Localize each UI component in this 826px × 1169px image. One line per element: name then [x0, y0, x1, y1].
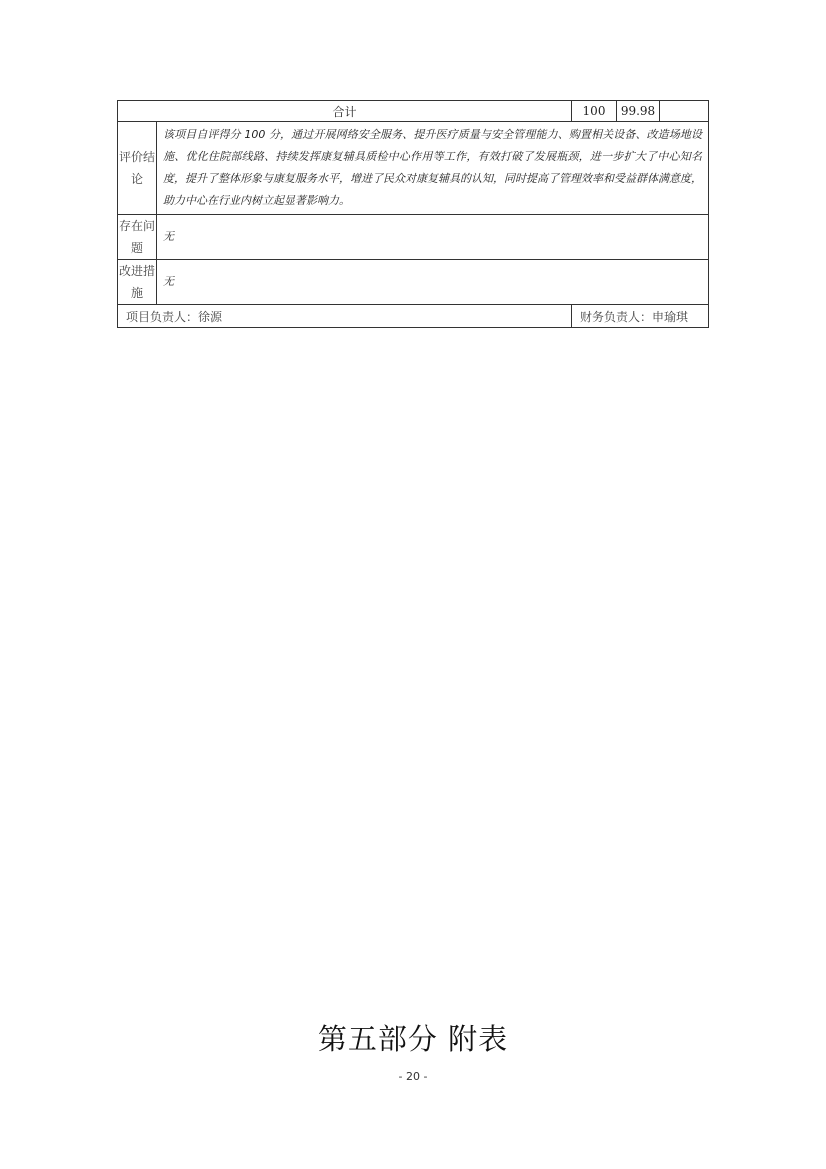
measures-row: 改进措施 无: [118, 260, 709, 305]
conclusion-label: 评价结论: [118, 122, 157, 215]
conclusion-text: 该项目自评得分 100 分，通过开展网络安全服务、提升医疗质量与安全管理能力、购…: [157, 122, 709, 215]
self-score: 99.98: [617, 101, 660, 122]
finance-lead: 财务负责人：申瑜琪: [572, 305, 709, 328]
conclusion-row: 评价结论 该项目自评得分 100 分，通过开展网络安全服务、提升医疗质量与安全管…: [118, 122, 709, 215]
measures-text: 无: [157, 260, 709, 305]
section-heading: 第五部分 附表: [0, 1017, 826, 1058]
evaluation-table: 合计 100 99.98 评价结论 该项目自评得分 100 分，通过开展网络安全…: [117, 100, 709, 328]
measures-label: 改进措施: [118, 260, 157, 305]
total-blank-cell: [660, 101, 709, 122]
total-label: 合计: [118, 101, 572, 122]
signature-row: 项目负责人：徐源 财务负责人：申瑜琪: [118, 305, 709, 328]
problems-label: 存在问题: [118, 215, 157, 260]
full-score: 100: [572, 101, 617, 122]
page-number: - 20 -: [0, 1070, 826, 1083]
problems-row: 存在问题 无: [118, 215, 709, 260]
project-lead: 项目负责人：徐源: [118, 305, 572, 328]
problems-text: 无: [157, 215, 709, 260]
total-row: 合计 100 99.98: [118, 101, 709, 122]
